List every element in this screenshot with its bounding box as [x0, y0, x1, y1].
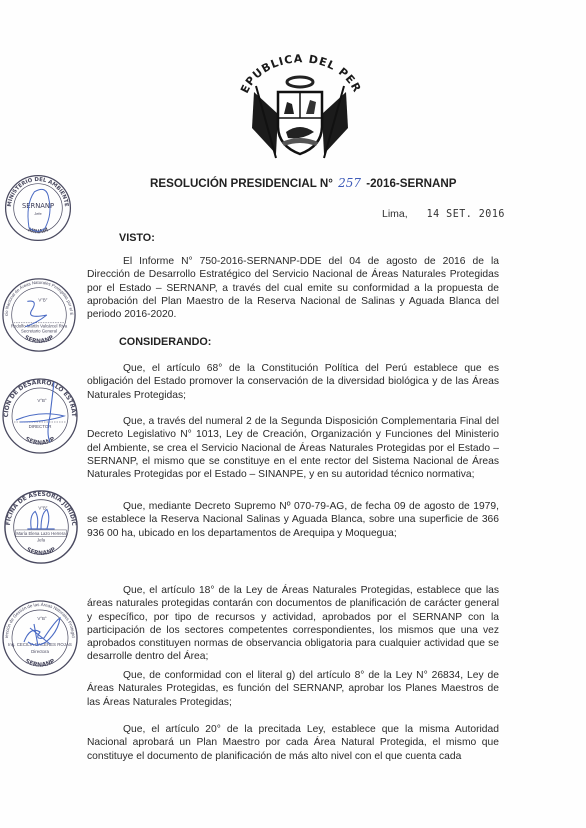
svg-text:SERNANP: SERNANP [24, 657, 57, 668]
date-stamp: 14 SET. 2016 [427, 208, 505, 220]
svg-text:Jefa: Jefa [37, 538, 46, 543]
considerando-paragraph: Que, el artículo 68° de la Constitución … [87, 362, 499, 402]
svg-text:V°B°: V°B° [38, 297, 47, 302]
resolution-prefix: RESOLUCIÓN PRESIDENCIAL N° [150, 177, 333, 190]
coat-of-arms-peru-icon: REPUBLICA DEL PERU [232, 42, 368, 162]
considerando-heading: CONSIDERANDO: [119, 336, 211, 348]
svg-text:Jefe: Jefe [34, 211, 42, 216]
place: Lima, [382, 208, 408, 220]
document-page: REPUBLICA DEL PERU RESOLUCIÓN PRESIDENCI… [0, 0, 586, 828]
considerando-paragraph: Que, mediante Decreto Supremo Nº 070-79-… [87, 500, 499, 540]
svg-text:Secretario General: Secretario General [21, 329, 57, 334]
strategic-development-seal-stamp: DIRECCIÓN DE DESARROLLO ESTRATÉGICO SERN… [0, 376, 80, 456]
considerando-paragraph: Que, el artículo 20° de la precitada Ley… [87, 723, 499, 763]
considerando-paragraph: Que, el artículo 18° de la Ley de Áreas … [87, 584, 499, 664]
resolution-suffix: -2016-SERNANP [366, 177, 456, 190]
svg-text:María Elena Lazo Herrera: María Elena Lazo Herrera [16, 531, 66, 536]
svg-text:DIRECCIÓN DE DESARROLLO ESTRAT: DIRECCIÓN DE DESARROLLO ESTRATÉGICO [0, 370, 77, 418]
anp-management-seal-stamp: Dirección de Gestión de las Áreas Natura… [0, 598, 80, 678]
considerando-paragraph: Que, de conformidad con el literal g) de… [87, 669, 499, 709]
considerando-paragraph: Que, a través del numeral 2 de la Segund… [87, 415, 499, 481]
svg-text:V°B°: V°B° [37, 616, 47, 621]
legal-office-seal-stamp: OFICINA DE ASESORÍA JURÍDICA SERNANP V°B… [2, 488, 80, 566]
svg-text:V°B°: V°B° [37, 398, 47, 403]
resolution-title: RESOLUCIÓN PRESIDENCIAL N° 257 -2016-SER… [150, 176, 480, 190]
svg-text:SERNANP: SERNANP [23, 335, 55, 345]
svg-text:SERNANP: SERNANP [25, 547, 57, 557]
ministry-seal-stamp: MINISTERIO DEL AMBIENTE MINAM SERNANP Je… [2, 172, 74, 244]
svg-text:SERNANP: SERNANP [24, 435, 57, 446]
visto-paragraph: El Informe N° 750-2016-SERNANP-DDE del 0… [87, 255, 499, 321]
place-date: Lima, 14 SET. 2016 [382, 208, 505, 220]
visto-heading: VISTO: [119, 232, 155, 244]
handwritten-resolution-number: 257 [338, 176, 361, 190]
secretary-general-seal-stamp: Servicio Nacional de Áreas Naturales Pro… [0, 276, 78, 354]
svg-text:Directora: Directora [31, 649, 49, 654]
